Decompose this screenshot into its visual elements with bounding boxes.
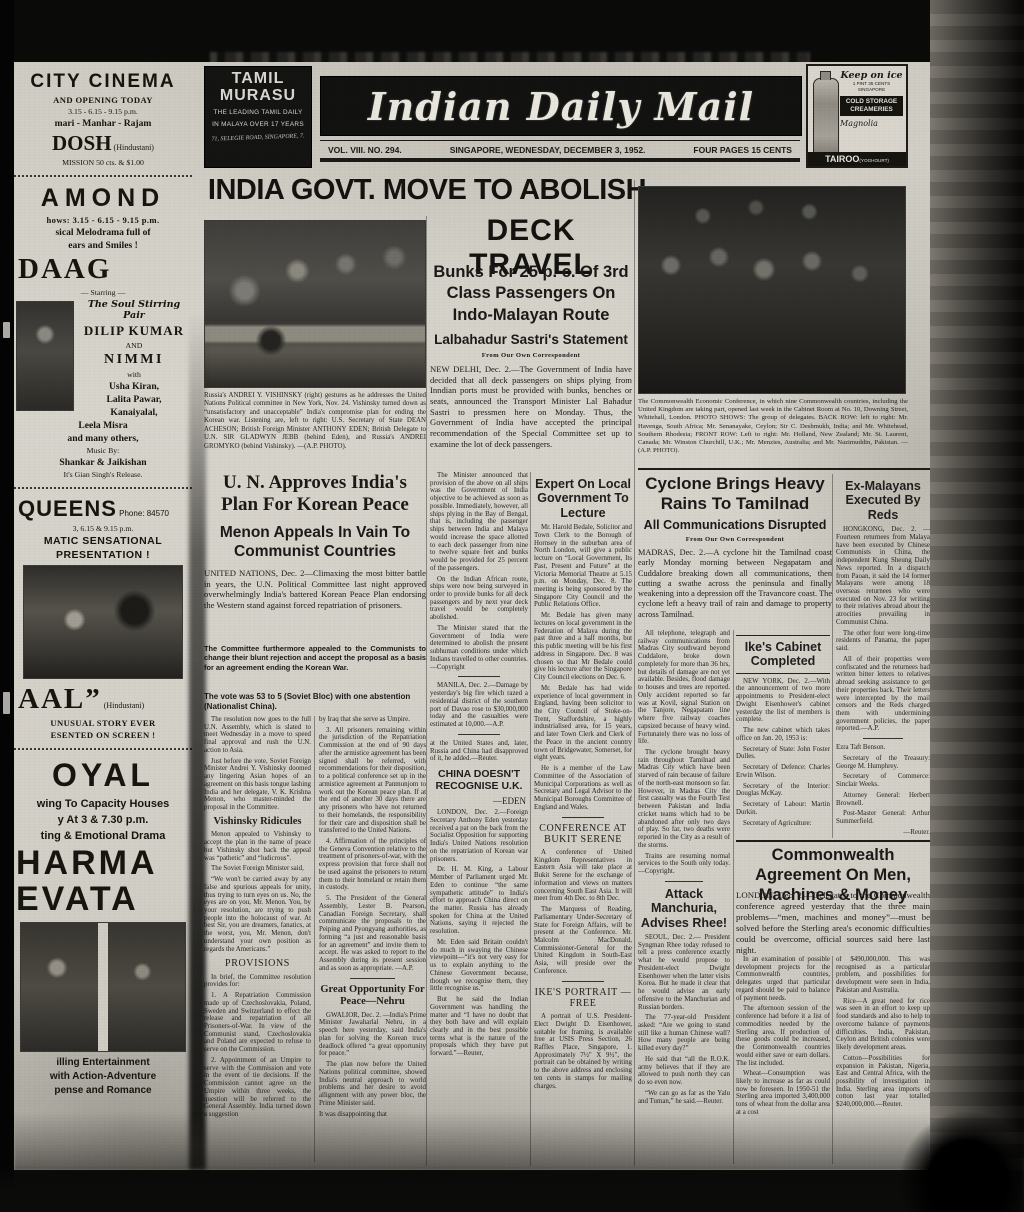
vishinsky-un-photo (204, 220, 426, 388)
text-block: 4. Affirmation of the principles of the … (319, 838, 426, 892)
text-block: On the Indian African route, ships were … (430, 576, 528, 622)
text-block: 3.15 - 6.15 - 9.15 p.m. (16, 107, 190, 116)
bottle-illustration (813, 78, 839, 162)
column-ex-malayans: Ex-Malayans Executed By RedsHONGKONG, De… (836, 474, 930, 838)
queens-film-still (23, 565, 183, 679)
text-block: mari - Manhar - Rajam (16, 118, 190, 129)
text-block: All of their properties were confiscated… (836, 656, 930, 733)
magnolia-script: Magnolia (840, 119, 903, 128)
column-rule (314, 716, 315, 1162)
dilip-kumar-photo (16, 301, 74, 411)
newspaper-page: CITY CINEMAAND OPENING TODAY3.15 - 6.15 … (14, 62, 930, 1170)
text-block: Shankar & Jaikishan (16, 457, 190, 468)
text-block: sical Melodrama full of (16, 227, 190, 238)
text-block: by Iraq that she serve as Umpire. (319, 716, 426, 724)
text-block: Rice—A great need for rice was seen in a… (836, 998, 930, 1052)
text-block: of $490,000,000. This was recognised as … (836, 956, 930, 995)
subhead-bunks: Bunks For 25 p. c. Of 3rd Class Passenge… (430, 262, 632, 326)
text-block: A portrait of U.S. President-Elect Dwigh… (534, 1013, 632, 1090)
headline-conference-bukit-serene: CONFERENCE AT BUKIT SERENE (534, 823, 632, 845)
text-block: The cyclone brought heavy rain throughou… (638, 749, 730, 850)
text-block: —Reuter. (836, 829, 930, 837)
text-block: ears and Smiles ! (16, 240, 190, 251)
tairoo-label: TAIROO(YOGHOURT) (808, 152, 906, 166)
tamil-murasu-title: TAMIL (207, 71, 309, 88)
text-block: The Marquess of Reading, Parliamentary U… (534, 906, 632, 976)
text-block: The other four were long-time residents … (836, 630, 930, 653)
ad-city-cinema: CITY CINEMAAND OPENING TODAY3.15 - 6.15 … (14, 64, 192, 175)
headline-nehru-peace: Great Opportunity For Peace—Nehru (319, 984, 426, 1009)
text-block: Post-Master General: Arthur Summerfield. (836, 810, 930, 825)
text-block: Trains are resuming normal services to t… (638, 853, 730, 876)
text-block: hows: 3.15 - 6.15 - 9.15 p.m. (16, 215, 190, 225)
text-block (562, 817, 603, 818)
volume-number: VOL. VIII. NO. 294. (328, 145, 402, 155)
text-block: Ezra Taft Benson. (836, 744, 930, 752)
cyclone-lede: MADRAS, Dec. 2.—A cyclone hit the Tamiln… (638, 548, 832, 628)
text-block: 3, 6.15 & 9.15 p.m. (16, 524, 190, 533)
text-block: UNUSUAL STORY EVER (16, 718, 190, 728)
cold-storage-label: COLD STORAGE CREAMERIES (840, 96, 903, 116)
scan-left-film-edge (0, 0, 14, 1212)
text-block: pense and Romance (16, 1085, 190, 1096)
text-block: Leela Misra (16, 420, 190, 431)
text-block: —EDEN (430, 796, 526, 806)
commonwealth-lede: LONDON, Dec. 2.—Delegates to the Commonw… (736, 890, 930, 954)
cold-storage-ad: Keep on ice 1 PINT 35 CENTS SINGAPORE CO… (806, 64, 908, 168)
text-block (863, 738, 902, 739)
text-block: Music By: (16, 446, 190, 455)
deck-story-byline: From Our Own Correspondent (430, 352, 632, 359)
subhead-menon-appeals: Menon Appeals In Vain To Communist Count… (204, 524, 426, 561)
deck-story-lede: NEW DELHI, Dec. 2.—The Government of Ind… (430, 364, 632, 468)
ad-royal-title: OYAL (16, 757, 190, 794)
text-block: Mr. Harold Bedale, Solicitor and Town Cl… (534, 524, 632, 609)
dharma-devata-stills (20, 922, 186, 1052)
text-block: — Starring — (16, 288, 190, 297)
un-photo-caption: Russia's ANDREI Y. VISHINSKY (right) ges… (204, 392, 426, 468)
text-block: In brief, the Committee resolution provi… (204, 974, 311, 989)
ad-film-daag: DAAG (16, 253, 190, 286)
cinema-ads-column: CITY CINEMAAND OPENING TODAY3.15 - 6.15 … (14, 64, 192, 1168)
text-block: Secretary of Commerce: Sinclair Weeks. (836, 773, 930, 788)
text-block: MATIC SENSATIONAL (16, 535, 190, 547)
subhead-provisions: PROVISIONS (204, 958, 311, 969)
text-block (562, 981, 603, 982)
text-block: Secretary of the Treasury: George M. Hum… (836, 755, 930, 770)
column-ikes-cabinet: Ike's Cabinet CompletedNEW YORK, Dec. 2.… (736, 630, 830, 838)
scan-right-edge (930, 0, 1024, 1212)
ad-film-aal: AAL” (Hindustani) (16, 683, 190, 716)
text-block: ESENTED ON SCREEN ! (16, 730, 190, 740)
text-block: with Action-Adventure (16, 1071, 190, 1082)
text-block: “We won't be carried away by any false a… (204, 876, 311, 953)
headline-attack-manchuria: Attack Manchuria, Advises Rhee! (638, 887, 730, 930)
text-block: LONDON, Dec. 2.—Foreign Secretary Anthon… (430, 809, 528, 863)
masthead-dateline-bar: VOL. VIII. NO. 294. SINGAPORE, WEDNESDAY… (320, 140, 800, 162)
ad-film-dosh: DOSH (Hindustani) (16, 131, 190, 156)
text-block: Just before the vote, Soviet Foreign Min… (204, 758, 311, 812)
text-block: Menon appealed to Vishinsky to accept th… (204, 831, 311, 862)
scan-corner-blot (900, 1112, 1022, 1212)
text-block: 5. The President of the General Assembly… (319, 895, 426, 972)
text-block: HONGKONG, Dec. 2. — Fourteen returnees f… (836, 526, 930, 627)
column-rule (426, 216, 427, 1166)
text-block: 1. A Repatriation Commission made up of … (204, 992, 311, 1054)
text-block: The Soviet Foreign Minister said, (204, 865, 311, 873)
text-block: wing To Capacity Houses (16, 798, 190, 810)
un-story-vote-para: The vote was 53 to 5 (Soviet Bloc) with … (204, 692, 426, 714)
scan-fold-shadow (189, 312, 206, 1170)
text-block: Mr. Bedale has had wide experience of lo… (534, 685, 632, 762)
newspaper-nameplate: Indian Daily Mail (320, 76, 802, 136)
text-block: In an examination of possible developmen… (736, 956, 830, 1002)
text-block: Mr. Eden said Britain couldn't do much i… (430, 939, 528, 993)
text-block: Secretary of State: John Foster Dulles. (736, 746, 830, 761)
text-block: Wheat—Consumption was likely to increase… (736, 1070, 830, 1116)
film-sprocket-mark (3, 322, 10, 338)
text-block: He is a member of the Law Committee of t… (534, 765, 632, 811)
text-block: illing Entertainment (16, 1057, 190, 1068)
headline-ikes-cabinet: Ike's Cabinet Completed (736, 635, 830, 674)
ad-queens-title: QUEENS Phone: 84570 (16, 496, 190, 522)
text-block: AND OPENING TODAY (16, 95, 190, 105)
film-sprocket-mark (3, 692, 10, 714)
ad-diamond-title: AMOND (16, 184, 190, 213)
text-block (665, 881, 704, 882)
text-block: and many others, (16, 433, 190, 444)
ad-royal-theatre: OYALwing To Capacity Housesy At 3 & 7.30… (14, 748, 192, 1105)
text-block: Secretary of the Interior: Douglas McKay… (736, 783, 830, 798)
headline-expert-local-govt: Expert On Local Government To Lecture (534, 477, 632, 520)
headline-china-doesnt-recognise: CHINA DOESN'T RECOGNISE U.K. (430, 768, 528, 792)
newspaper-title: Indian Daily Mail (368, 84, 754, 129)
commonwealth-photo-caption: The Commonwealth Economic Conference, in… (638, 398, 908, 464)
column-un-right: by Iraq that she serve as Umpire.3. All … (319, 716, 426, 1162)
headline-cyclone: Cyclone Brings Heavy Rains To Tamilnad (638, 474, 832, 515)
text-block: “We can go as far as the Yalu and Tuman,… (638, 1090, 730, 1105)
scan-bottom-smudge (14, 1112, 930, 1170)
subhead-communications-disrupted: All Communications Disrupted (638, 518, 832, 532)
un-story-lede: UNITED NATIONS, Dec. 2—Climaxing the mos… (204, 568, 426, 642)
text-block: 2. Appointment of an Umpire to serve wit… (204, 1057, 311, 1119)
text-block: Secretary of Labour: Martin Durkin. (736, 801, 830, 816)
section-rule (736, 840, 930, 842)
un-story-appeal-para: The Committee furthermore appealed to th… (204, 644, 426, 690)
ad-film-dharma: HARMA (16, 846, 190, 882)
column-rule (832, 474, 833, 838)
text-block: Secretary of Defence: Charles Erwin Wils… (736, 764, 830, 779)
scan-bottom-edge (0, 1166, 1024, 1212)
text-block: The resolution now goes to the full U.N.… (204, 716, 311, 755)
text-block: SEOUL, Dec. 2.— President Syngman Rhee t… (638, 934, 730, 1011)
text-block: EVATA (16, 882, 190, 918)
newspaper-scan: CITY CINEMAAND OPENING TODAY3.15 - 6.15 … (0, 0, 1024, 1212)
ad-diamond-theatre: AMONDhows: 3.15 - 6.15 - 9.15 p.m.sical … (14, 175, 192, 487)
text-block: The plan now before the United Nations p… (319, 1061, 426, 1107)
ad-city-cinema-title: CITY CINEMA (16, 71, 190, 93)
text-block: ting & Emotional Drama (16, 830, 190, 842)
subhead-vishinsky-ridicules: Vishinsky Ridicules (204, 816, 311, 829)
section-rule (638, 468, 930, 470)
text-block: Cotton—Possibilities for expansion in Pa… (836, 1055, 930, 1109)
column-cyclone-rhee: All telephone, telegraph and railway com… (638, 630, 730, 1164)
text-block: Mr. Bedale has given many lectures on lo… (534, 612, 632, 682)
text-block: A conference of United Kingdom Represent… (534, 849, 632, 903)
text-block: The Minister stated that the Government … (430, 625, 528, 671)
column-deck-china: The Minister announced that provision of… (430, 472, 528, 1166)
text-block: Dr. H. M. King, a Labour Member of Parli… (430, 866, 528, 936)
text-block: 3. All prisoners remaining within the ju… (319, 727, 426, 835)
headline-ikes-portrait: IKE'S PORTRAIT — FREE (534, 987, 632, 1009)
main-headline-line1: INDIA GOVT. MOVE TO ABOLISH (204, 174, 650, 207)
column-rule (733, 630, 734, 1164)
price: FOUR PAGES 15 CENTS (693, 145, 792, 155)
text-block: y At 3 & 7.30 p.m. (16, 814, 190, 826)
cyclone-byline: From Our Own Correspondent (638, 536, 832, 543)
text-block: Secretary of Agriculture: (736, 820, 830, 828)
commonwealth-conference-photo (638, 186, 906, 394)
text-block: MANILA, Dec. 2.—Damage by yesterday's bi… (430, 682, 528, 728)
text-block: NEW YORK, Dec. 2.—With the announcement … (736, 678, 830, 724)
dateline: SINGAPORE, WEDNESDAY, DECEMBER 3, 1952. (450, 145, 646, 155)
text-block: He said that “all the R.O.K. army believ… (638, 1056, 730, 1087)
text-block: GWALIOR, Dec. 2. —India's Prime Minister… (319, 1012, 426, 1058)
text-block (350, 978, 395, 979)
text-block (458, 676, 499, 677)
text-block: The afternoon session of the conference … (736, 1005, 830, 1067)
text-block: The 77-year-old President asked: “Are we… (638, 1014, 730, 1053)
text-block: It's Gian Singh's Release. (16, 470, 190, 479)
text-block: at the United States and, later, Russia … (430, 740, 528, 763)
text-block: MISSION 50 cts. & $1.00 (16, 158, 190, 167)
column-rule (530, 472, 531, 1166)
column-rule (634, 180, 635, 1166)
ad-queens-theatre: QUEENS Phone: 845703, 6.15 & 9.15 p.m.MA… (14, 487, 192, 748)
subhead-sastri-statement: Lalbahadur Sastri's Statement (430, 332, 632, 347)
text-block: PRESENTATION ! (16, 549, 190, 561)
column-expert-bukit-ike: Expert On Local Government To LectureMr.… (534, 472, 632, 1166)
text-block: The new cabinet which takes office on Ja… (736, 727, 830, 742)
text-block: The Minister announced that provision of… (430, 472, 528, 573)
headline-ex-malayans: Ex-Malayans Executed By Reds (836, 479, 930, 522)
text-block: Attorney General: Herbert Brownell. (836, 792, 930, 807)
text-block: All telephone, telegraph and railway com… (638, 630, 730, 746)
text-block (458, 734, 499, 735)
headline-un-approves: U. N. Approves India's Plan For Korean P… (204, 472, 426, 516)
tamil-murasu-ad: TAMIL MURASU THE LEADING TAMIL DAILY IN … (204, 66, 312, 168)
text-block: But he said the Indian Government was ha… (430, 996, 528, 1058)
column-un-left: The resolution now goes to the full U.N.… (204, 716, 311, 1162)
